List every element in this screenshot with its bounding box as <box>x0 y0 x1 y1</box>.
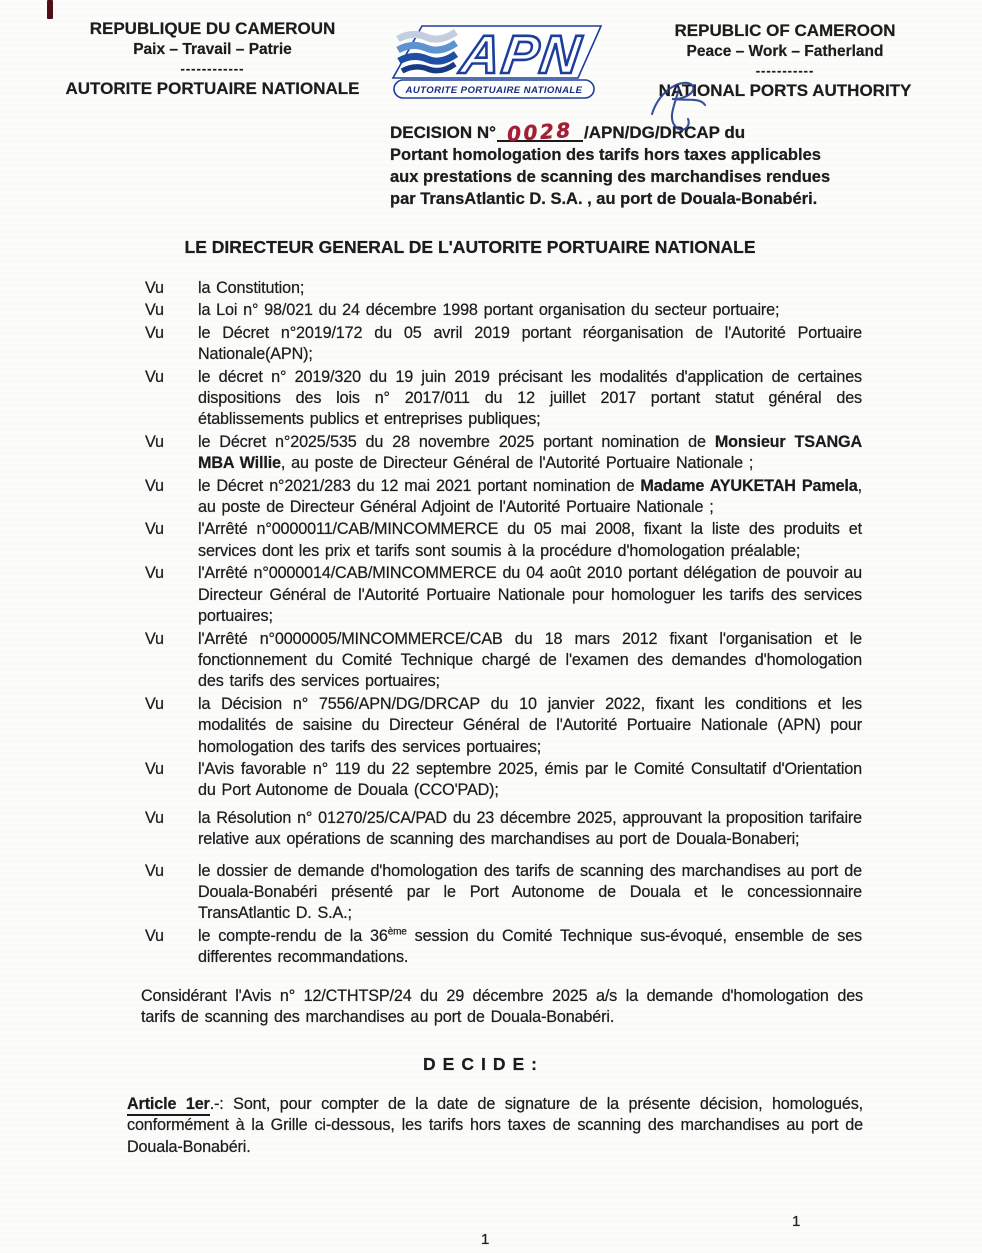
visa-label: Vu <box>145 861 198 925</box>
visa-item: Vule Décret n°2021/283 du 12 mai 2021 po… <box>145 476 862 519</box>
visa-item: Vul'Avis favorable n° 119 du 22 septembr… <box>145 759 862 802</box>
decision-number-prefix: DECISION N° <box>390 123 496 142</box>
decide-heading: DECIDE: <box>145 1054 822 1075</box>
visa-text: l'Arrêté n°0000005/MINCOMMERCE/CAB du 18… <box>198 629 862 693</box>
text-segment: le dossier de demande d'homologation des… <box>198 862 862 923</box>
visa-text: l'Avis favorable n° 119 du 22 septembre … <box>198 759 862 802</box>
handwritten-initials <box>638 76 730 134</box>
national-motto-en: Peace – Work – Fatherland <box>645 41 925 62</box>
visa-item: Vule Décret n°2019/172 du 05 avril 2019 … <box>145 323 862 366</box>
decision-subject-line: aux prestations de scanning des marchand… <box>390 166 890 188</box>
text-segment: l'Arrêté n°0000014/CAB/MINCOMMERCE du 04… <box>198 564 862 625</box>
visa-label: Vu <box>145 808 198 851</box>
visa-text: la Décision n° 7556/APN/DG/DRCAP du 10 j… <box>198 694 862 758</box>
text-segment: le compte-rendu de la 36 <box>198 927 388 945</box>
header-french-block: REPUBLIQUE DU CAMEROUN Paix – Travail – … <box>35 14 390 99</box>
text-segment: l'Arrêté n°0000005/MINCOMMERCE/CAB du 18… <box>198 630 862 691</box>
visa-item: Vule dossier de demande d'homologation d… <box>145 861 862 925</box>
visa-label: Vu <box>145 367 198 431</box>
text-segment: Madame AYUKETAH Pamela <box>640 477 857 495</box>
text-segment: Article 1er <box>127 1095 210 1116</box>
visa-label: Vu <box>145 694 198 758</box>
visa-text: la Constitution; <box>198 278 862 299</box>
visa-item: Vula Constitution; <box>145 278 862 299</box>
visa-item: Vul'Arrêté n°0000011/CAB/MINCOMMERCE du … <box>145 519 862 562</box>
text-segment: le Décret n°2025/535 du 28 novembre 2025… <box>198 433 715 451</box>
text-segment: l'Arrêté n°0000011/CAB/MINCOMMERCE du 05… <box>198 520 862 559</box>
text-segment: ème <box>388 926 407 937</box>
visa-text: le décret n° 2019/320 du 19 juin 2019 pr… <box>198 367 862 431</box>
visa-text: le dossier de demande d'homologation des… <box>198 861 862 925</box>
visa-item: Vule décret n° 2019/320 du 19 juin 2019 … <box>145 367 862 431</box>
national-motto-fr: Paix – Travail – Patrie <box>35 39 390 60</box>
divider-dashes: ------------ <box>35 62 390 75</box>
scan-artifact-mark <box>47 0 53 19</box>
visa-text: l'Arrêté n°0000011/CAB/MINCOMMERCE du 05… <box>198 519 862 562</box>
document-header: REPUBLIQUE DU CAMEROUN Paix – Travail – … <box>0 0 982 101</box>
visa-item: Vula Décision n° 7556/APN/DG/DRCAP du 10… <box>145 694 862 758</box>
visa-item: Vul'Arrêté n°0000014/CAB/MINCOMMERCE du … <box>145 563 862 627</box>
logo-acronym: APN <box>455 25 585 85</box>
visa-label: Vu <box>145 563 198 627</box>
apn-logo: APN AUTORITE PORTUAIRE NATIONALE <box>390 23 605 101</box>
document-body: Vula Constitution;Vula Loi n° 98/021 du … <box>145 278 862 1158</box>
visa-item: Vula Loi n° 98/021 du 24 décembre 1998 p… <box>145 300 862 321</box>
decision-subject-line: par TransAtlantic D. S.A. , au port de D… <box>390 188 890 210</box>
visa-label: Vu <box>145 476 198 519</box>
visa-text: la Loi n° 98/021 du 24 décembre 1998 por… <box>198 300 862 321</box>
visa-text: le Décret n°2025/535 du 28 novembre 2025… <box>198 432 862 475</box>
text-segment: , au poste de Directeur Général de l'Aut… <box>281 454 753 472</box>
visa-label: Vu <box>145 432 198 475</box>
decision-number-underline: 0028 <box>497 120 583 142</box>
visa-text: le Décret n°2021/283 du 12 mai 2021 port… <box>198 476 862 519</box>
visa-label: Vu <box>145 300 198 321</box>
visa-label: Vu <box>145 519 198 562</box>
visa-item: Vula Résolution n° 01270/25/CA/PAD du 23… <box>145 808 862 851</box>
visa-item: Vule Décret n°2025/535 du 28 novembre 20… <box>145 432 862 475</box>
visa-text: l'Arrêté n°0000014/CAB/MINCOMMERCE du 04… <box>198 563 862 627</box>
visa-label: Vu <box>145 323 198 366</box>
visa-label: Vu <box>145 759 198 802</box>
visa-label: Vu <box>145 629 198 693</box>
decision-subject: Portant homologation des tarifs hors tax… <box>390 144 890 210</box>
text-segment: le décret n° 2019/320 du 19 juin 2019 pr… <box>198 368 862 429</box>
logo-caption: AUTORITE PORTUAIRE NATIONALE <box>405 85 583 96</box>
authority-name-fr: AUTORITE PORTUAIRE NATIONALE <box>35 78 390 99</box>
text-segment: le Décret n°2021/283 du 12 mai 2021 port… <box>198 477 640 495</box>
visa-list: Vula Constitution;Vula Loi n° 98/021 du … <box>145 278 862 969</box>
page-number-mark: 1 <box>792 1213 800 1230</box>
text-segment: la Constitution; <box>198 279 304 297</box>
visa-item: Vule compte-rendu de la 36ème session du… <box>145 926 862 969</box>
visa-item: Vul'Arrêté n°0000005/MINCOMMERCE/CAB du … <box>145 629 862 693</box>
text-segment: l'Avis favorable n° 119 du 22 septembre … <box>198 760 862 799</box>
text-segment: la Décision n° 7556/APN/DG/DRCAP du 10 j… <box>198 695 862 756</box>
visa-label: Vu <box>145 278 198 299</box>
page-number: 1 <box>481 1231 489 1248</box>
text-segment: la Loi n° 98/021 du 24 décembre 1998 por… <box>198 301 779 319</box>
apn-logo-icon: APN AUTORITE PORTUAIRE NATIONALE <box>390 23 605 101</box>
text-segment: .-: Sont, pour compter de la date de sig… <box>127 1095 863 1156</box>
country-name-en: REPUBLIC OF CAMEROON <box>645 20 925 41</box>
document-page: REPUBLIQUE DU CAMEROUN Paix – Travail – … <box>0 0 982 1253</box>
visa-text: la Résolution n° 01270/25/CA/PAD du 23 d… <box>198 808 862 851</box>
considerant-paragraph: Considérant l'Avis n° 12/CTHTSP/24 du 29… <box>141 986 863 1029</box>
visa-text: le Décret n°2019/172 du 05 avril 2019 po… <box>198 323 862 366</box>
text-segment: le Décret n°2019/172 du 05 avril 2019 po… <box>198 324 862 363</box>
decision-subject-line: Portant homologation des tarifs hors tax… <box>390 144 890 166</box>
handwritten-decision-number: 0028 <box>506 119 573 147</box>
visa-label: Vu <box>145 926 198 969</box>
visa-text: le compte-rendu de la 36ème session du C… <box>198 926 862 969</box>
document-title: LE DIRECTEUR GENERAL DE L'AUTORITE PORTU… <box>0 237 940 258</box>
text-segment: la Résolution n° 01270/25/CA/PAD du 23 d… <box>198 809 862 848</box>
article-1-paragraph: Article 1er.-: Sont, pour compter de la … <box>127 1094 863 1158</box>
country-name-fr: REPUBLIQUE DU CAMEROUN <box>35 18 390 39</box>
